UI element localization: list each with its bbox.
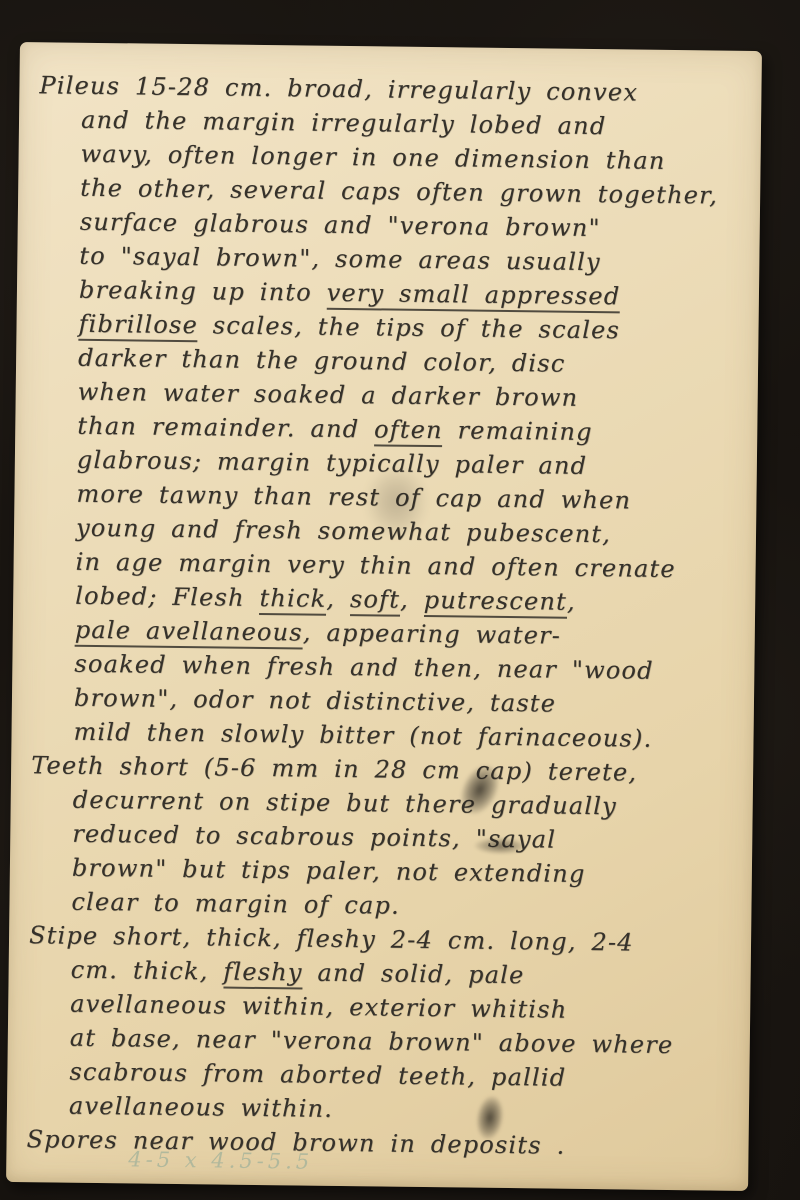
text-segment: remaining	[443, 416, 593, 446]
text-segment: to "sayal brown", some areas usually	[79, 242, 601, 276]
underlined-text: putrescent	[424, 586, 568, 619]
text-segment: decurrent on stipe but there gradually	[73, 786, 618, 821]
paragraph-teeth: Teeth short (5-6 mm in 28 cm cap) terete…	[25, 748, 739, 927]
text-segment: wavy, often longer in one dimension than	[80, 140, 665, 175]
text-segment: than remainder. and	[77, 412, 374, 444]
underlined-text: fleshy	[223, 958, 303, 990]
text-segment: brown", odor not distinctive, taste	[74, 684, 556, 718]
text-segment: Teeth short (5-6 mm in 28 cm cap) terete…	[31, 751, 637, 786]
pencil-measurement-note: 4-5 x 4.5-5.5	[128, 1147, 313, 1173]
text-segment: glabrous; margin typically paler and	[77, 446, 588, 480]
paragraph-pileus: Pileus 15-28 cm. broad, irregularly conv…	[27, 68, 747, 757]
text-segment: reduced to scabrous points, "sayal	[72, 820, 556, 854]
text-segment: surface glabrous and "verona brown"	[80, 208, 601, 242]
text-segment: the other, several caps often grown toge…	[80, 174, 718, 210]
card-text: Pileus 15-28 cm. broad, irregularly conv…	[22, 68, 747, 1165]
underlined-text: thick	[259, 584, 326, 616]
text-segment: in age margin very thin and often crenat…	[75, 548, 675, 583]
text-segment: young and fresh somewhat pubescent,	[76, 514, 611, 549]
text-segment: avellaneous within.	[69, 1092, 333, 1123]
text-segment: breaking up into	[79, 276, 327, 307]
text-segment: ,	[400, 586, 424, 614]
text-segment: clear to margin of cap.	[71, 888, 400, 920]
text-segment: ,	[567, 588, 576, 616]
text-segment: Pileus 15-28 cm. broad, irregularly conv…	[39, 71, 638, 106]
underlined-text: very small appressed	[326, 279, 620, 314]
text-segment: avellaneous within, exterior whitish	[70, 990, 568, 1024]
text-segment: darker than the ground color, disc	[78, 344, 566, 378]
text-segment: and the margin irregularly lobed and	[81, 106, 607, 140]
text-segment: mild then slowly bitter (not farinaceous…	[73, 718, 652, 753]
text-segment: cm. thick,	[70, 956, 223, 986]
text-segment: at base, near "verona brown" above where	[70, 1024, 674, 1059]
text-segment: Stipe short, thick, fleshy 2-4 cm. long,…	[29, 921, 634, 956]
text-segment: and solid, pale	[302, 959, 524, 990]
text-segment: lobed; Flesh	[75, 582, 260, 612]
text-segment: , appearing water-	[303, 619, 562, 650]
underlined-text: pale avellaneous	[75, 616, 303, 650]
text-segment: when water soaked a darker brown	[78, 378, 579, 412]
paragraph-stipe: Stipe short, thick, fleshy 2-4 cm. long,…	[23, 918, 737, 1131]
text-segment: more tawny than rest of cap and when	[76, 480, 631, 515]
text-segment: scabrous from aborted teeth, pallid	[69, 1058, 566, 1092]
text-segment: scales, the tips of the scales	[198, 311, 620, 344]
underlined-text: often	[374, 415, 443, 447]
underlined-text: fibrillose	[78, 310, 198, 342]
text-segment: soaked when fresh and then, near "wood	[74, 650, 654, 685]
underlined-text: soft	[350, 585, 400, 617]
text-segment: brown" but tips paler, not extending	[72, 854, 586, 888]
text-segment: ,	[326, 585, 350, 613]
index-card: Pileus 15-28 cm. broad, irregularly conv…	[6, 42, 762, 1191]
